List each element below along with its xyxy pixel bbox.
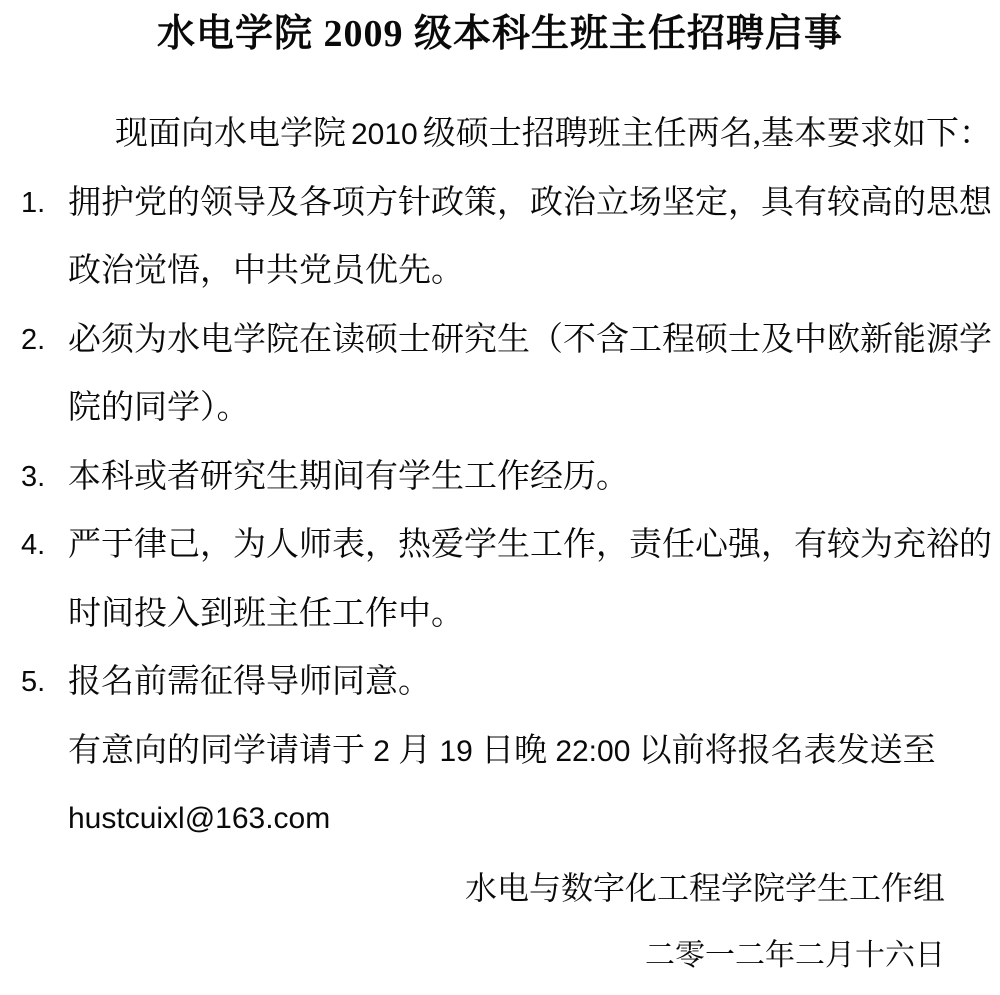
deadline-time: 22:00 [555,735,630,768]
document-page: 水电学院 2009 级本科生班主任招聘启事 现面向水电学院2010级硕士招聘班主… [0,0,1000,995]
intro-year: 2010 [351,118,418,151]
document-body: 现面向水电学院2010级硕士招聘班主任两名,基本要求如下： 1. 拥护党的领导及… [0,100,1000,991]
deadline-day-number: 19 [439,735,472,768]
signature-organization: 水电与数字化工程学院学生工作组 [0,854,1000,923]
list-number-2: 2. [21,306,45,375]
list-item-5-line-1: 报名前需征得导师同意。 [68,664,431,700]
intro-text-tail: 级硕士招聘班主任两名,基本要求如下： [423,116,992,152]
contact-email: hustcuixl@163.com [0,785,1000,854]
list-number-1: 1. [21,169,45,238]
list-item-3-line-1: 本科或者研究生期间有学生工作经历。 [68,459,629,495]
list-item-1: 1. 拥护党的领导及各项方针政策，政治立场坚定，具有较高的思想 [0,169,1000,238]
deadline-text-4: 以前将报名表发送至 [630,733,935,769]
list-item-4: 4. 严于律己，为人师表，热爱学生工作，责任心强，有较为充裕的 [0,511,1000,580]
list-item-1-line-1: 拥护党的领导及各项方针政策，政治立场坚定，具有较高的思想 [68,185,992,221]
list-item-4-line-2: 时间投入到班主任工作中。 [0,580,1000,649]
list-item-4-line-1: 严于律己，为人师表，热爱学生工作，责任心强，有较为充裕的 [68,527,992,563]
list-item-3: 3. 本科或者研究生期间有学生工作经历。 [0,443,1000,512]
document-title: 水电学院 2009 级本科生班主任招聘启事 [0,0,1000,60]
list-item-2-line-2: 院的同学）。 [0,374,1000,443]
deadline-text-2: 月 [390,733,440,769]
deadline-paragraph: 有意向的同学请请于 2 月 19 日晚 22:00 以前将报名表发送至 [0,717,1000,786]
signature-date: 二零一二年二月十六日 [0,922,1000,991]
list-item-1-line-2: 政治觉悟，中共党员优先。 [0,237,1000,306]
intro-paragraph: 现面向水电学院2010级硕士招聘班主任两名,基本要求如下： [0,100,1000,169]
list-number-5: 5. [21,648,45,717]
deadline-text-3: 日晚 [473,733,556,769]
list-item-5: 5. 报名前需征得导师同意。 [0,648,1000,717]
list-item-2: 2. 必须为水电学院在读硕士研究生（不含工程硕士及中欧新能源学 [0,306,1000,375]
list-number-3: 3. [21,443,45,512]
deadline-month-number: 2 [373,735,390,768]
list-number-4: 4. [21,511,45,580]
list-item-2-line-1: 必须为水电学院在读硕士研究生（不含工程硕士及中欧新能源学 [68,322,992,358]
intro-text-lead: 现面向水电学院 [115,116,346,152]
deadline-text-1: 有意向的同学请请于 [68,733,373,769]
